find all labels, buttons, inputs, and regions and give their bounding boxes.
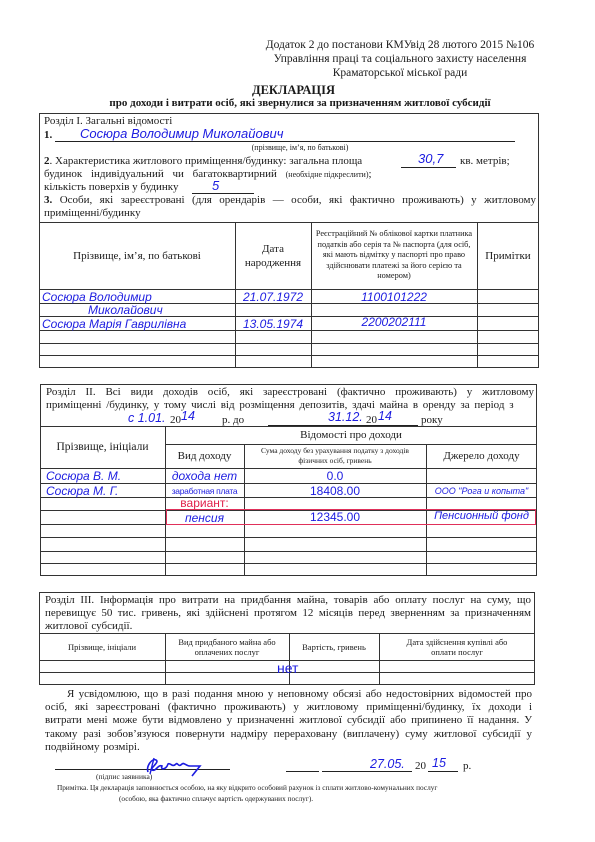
footnote-line-1: Примітка. Ця декларація заповнюється осо… <box>57 782 577 793</box>
table-2-row-1-type[interactable]: дохода нет <box>165 469 244 483</box>
document-subtitle: про доходи і витрати осіб, які звернулис… <box>40 97 560 109</box>
income-period: с 1.01. 20 14 р. до 31.12. 20 14 року <box>46 413 534 427</box>
table-1-row-line <box>39 355 539 356</box>
table-2-row-4-source[interactable]: Пенсионный фонд <box>426 510 537 522</box>
table-1-row-2-name[interactable]: Миколайович <box>88 303 163 317</box>
applicant-name[interactable]: Сосюра Володимир Миколайович <box>80 126 283 141</box>
table-2-row-line <box>40 537 537 538</box>
table-2-header-type: Вид доходу <box>165 444 244 468</box>
item-2-label: . Характеристика житлового приміщення/бу… <box>50 155 363 167</box>
period-to-date[interactable]: 31.12. <box>328 410 363 424</box>
table-2-header-source: Джерело доходу <box>426 444 537 468</box>
table-1-row-1-dob[interactable]: 21.07.1972 <box>235 290 311 304</box>
table-2-row-1-amount[interactable]: 0.0 <box>244 469 426 483</box>
area-unit: кв. метрів; <box>460 155 510 168</box>
signature-year[interactable]: 15 <box>432 756 446 770</box>
table-1-header-notes: Примітки <box>477 222 539 289</box>
period-to-century: 20 <box>366 414 377 426</box>
table-2-row-2-amount[interactable]: 18408.00 <box>244 484 426 498</box>
table-1-row-line <box>39 343 539 344</box>
section-2-heading: Розділ II. Всі види доходів осіб, які за… <box>46 386 534 412</box>
period-to-year[interactable]: 14 <box>378 409 392 423</box>
table-3-col-divider <box>379 633 380 685</box>
table-2-header-name: Прізвище, ініціали <box>40 426 165 468</box>
period-to-suffix: року <box>421 414 443 426</box>
table-3-header-name: Прізвище, ініціали <box>39 633 165 660</box>
table-1-header-id: Реєстраційний № облікової картки платник… <box>314 222 474 289</box>
decree-line: Додаток 2 до постанови КМУвід 28 лютого … <box>250 38 550 52</box>
section-3-heading: Розділ III. Інформація про витрати на пр… <box>45 594 531 633</box>
table-3-header-date: Дата здійснення купівлі або оплати послу… <box>385 633 529 660</box>
date-line-1 <box>286 762 319 772</box>
name-caption: (прізвище, ім’я, по батькові) <box>200 143 400 152</box>
item-3-label: Особи, які зареєстровані (для орендарів … <box>44 194 536 219</box>
signature-caption: (підпис заявника) <box>96 772 152 781</box>
table-1-header-name: Прізвище, ім’я, по батькові <box>39 222 235 289</box>
house-type-options: будинок індивідуальний чи багатоквартирн… <box>44 168 277 180</box>
table-1-row-1-id[interactable]: 1100101222 <box>311 290 477 304</box>
signature-date[interactable]: 27.05. <box>370 757 405 771</box>
table-1-row-1-name[interactable]: Сосюра Володимир <box>42 290 152 304</box>
table-1-row-3-name[interactable]: Сосюра Марія Гаврилівна <box>42 317 186 331</box>
period-from-year[interactable]: 14 <box>181 409 195 423</box>
table-2-row-2-name[interactable]: Сосюра М. Г. <box>46 484 118 498</box>
table-1-header-dob: Дата народження <box>235 222 311 289</box>
table-2-row-4-type[interactable]: пенсия <box>165 511 244 525</box>
footnote: Примітка. Ця декларація заповнюється осо… <box>57 782 577 804</box>
table-2-row-2-source[interactable]: ООО "Рога и копыта" <box>426 486 537 496</box>
item-3-number: 3. <box>44 194 52 206</box>
decree-reference: Додаток 2 до постанови КМУвід 28 лютого … <box>250 38 550 80</box>
table-2-row-1-name[interactable]: Сосюра В. М. <box>46 469 121 483</box>
footnote-line-2: (особою, яка фактично сплачує вартість о… <box>57 793 577 804</box>
variant-note: вариант: <box>165 496 244 510</box>
table-1-row-3-dob[interactable]: 13.05.1974 <box>235 317 311 331</box>
table-2-row-2-type[interactable]: заработная плата <box>165 486 244 496</box>
table-2-row-line <box>40 551 537 552</box>
house-type-note: (необхідне підкреслити) <box>286 170 369 179</box>
period-from-date[interactable]: с 1.01. <box>128 411 166 425</box>
house-type-end: ; <box>369 168 372 180</box>
table-3-header-item: Вид придбаного майна або оплачених послу… <box>168 633 286 660</box>
table-3-header-cost: Вартість, гривень <box>289 633 379 660</box>
table-2-row-line <box>40 563 537 564</box>
no-expenses-note[interactable]: нет <box>277 660 298 676</box>
floors-label: кількість поверхів у будинку <box>44 181 178 194</box>
document-title: ДЕКЛАРАЦІЯ <box>252 83 335 98</box>
item-3: 3. Особи, які зареєстровані (для орендар… <box>44 194 536 220</box>
table-1-row-3-id[interactable]: 2200202111 <box>311 315 477 329</box>
council-line: Краматорської міської ради <box>250 66 550 80</box>
area-value[interactable]: 30,7 <box>418 151 443 166</box>
table-2-row-4-amount[interactable]: 12345.00 <box>244 510 426 524</box>
floors-value[interactable]: 5 <box>212 178 219 193</box>
period-from-suffix: р. до <box>222 414 244 426</box>
signature-century: 20 <box>415 760 426 772</box>
period-from-century: 20 <box>170 414 181 426</box>
table-3-col-divider <box>165 633 166 685</box>
floors-line <box>192 180 254 194</box>
applicant-statement: Я усвідомлюю, що в разі подання мною у н… <box>45 688 532 754</box>
signature-year-suffix: р. <box>463 760 471 772</box>
department-line: Управління праці та соціального захисту … <box>250 52 550 66</box>
item-1-number: 1. <box>44 129 52 142</box>
table-2-header-amount: Сума доходу без урахування податку з дох… <box>248 444 422 468</box>
table-2-group-header: Відомості про доходи <box>165 426 537 444</box>
